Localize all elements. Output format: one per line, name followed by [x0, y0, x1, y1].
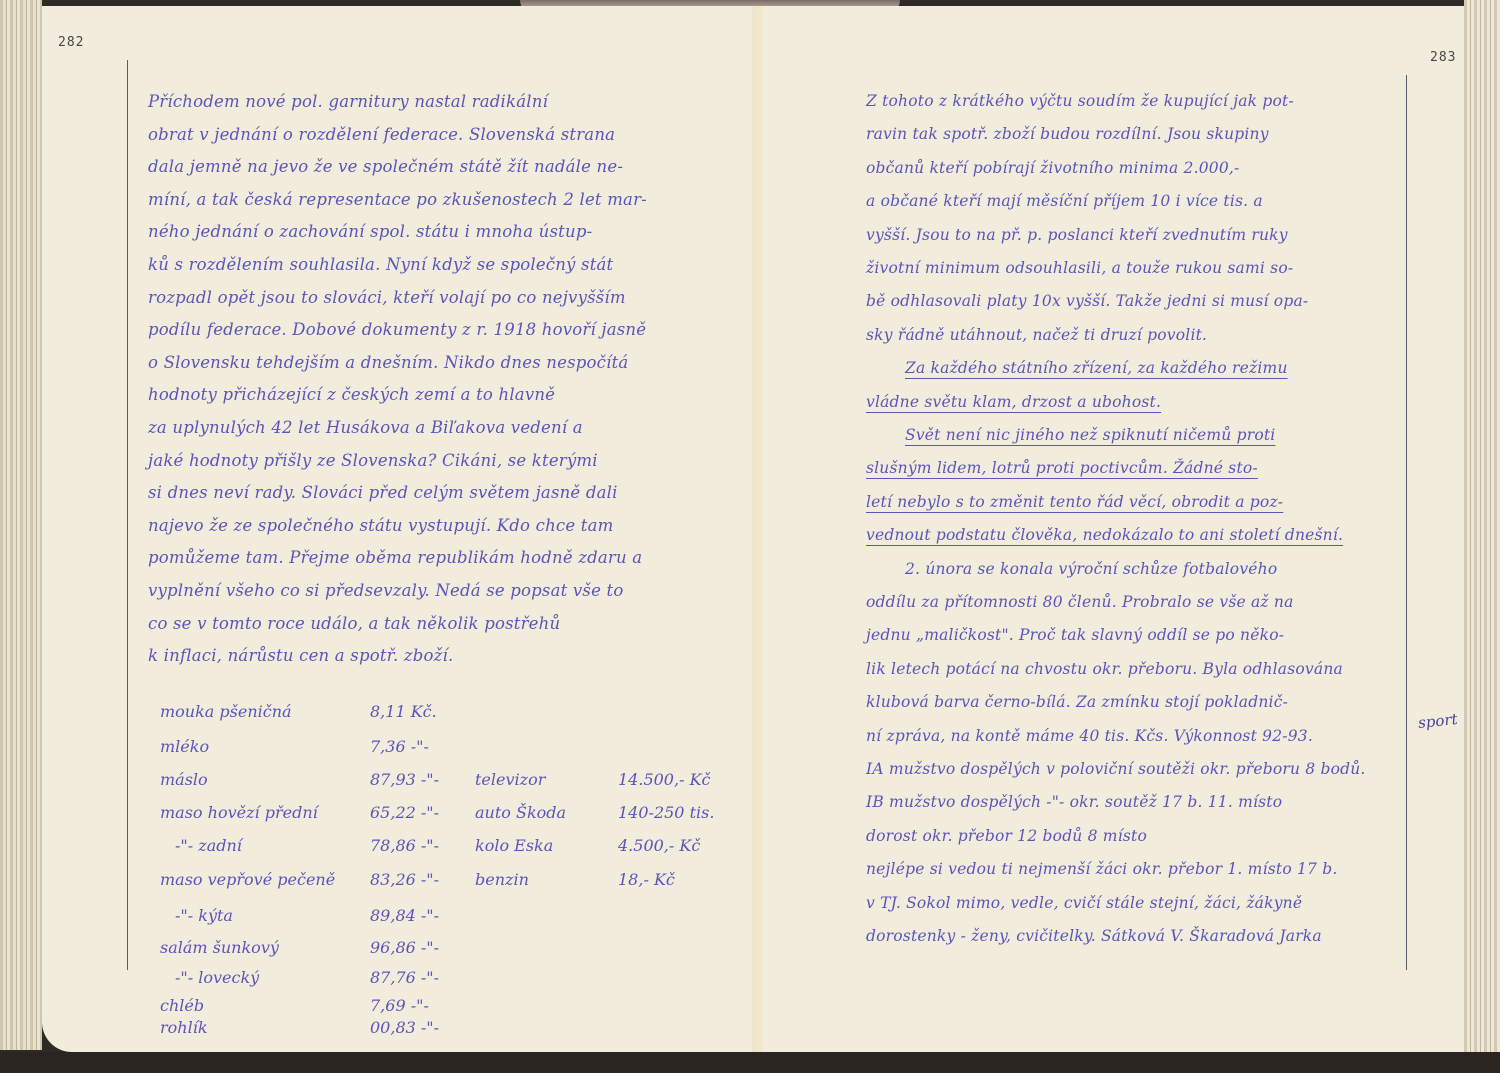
- price-item-name: mléko: [160, 737, 209, 756]
- price-item-value: 78,86 -"-: [370, 836, 439, 855]
- underlined-quote-line: Svět není nic jiného než spiknutí ničemů…: [905, 426, 1275, 444]
- goods-item-name: kolo Eska: [475, 836, 553, 855]
- handwritten-line: životní minimum odsouhlasili, a touže ru…: [866, 259, 1293, 277]
- goods-item-value: 140-250 tis.: [618, 803, 714, 822]
- price-item-value: 83,26 -"-: [370, 870, 439, 889]
- right-page-number: 283: [1430, 50, 1456, 65]
- goods-item-value: 14.500,- Kč: [618, 770, 710, 789]
- price-item-name: maso vepřové pečeně: [160, 870, 335, 889]
- price-item-value: 7,36 -"-: [370, 737, 429, 756]
- underlined-quote-line: vednout podstatu člověka, nedokázalo to …: [866, 526, 1343, 544]
- handwritten-line: vyšší. Jsou to na př. p. poslanci kteří …: [866, 226, 1288, 244]
- handwritten-line: IA mužstvo dospělých v poloviční soutěži…: [866, 760, 1366, 778]
- price-item-value: 7,69 -"-: [370, 996, 429, 1015]
- goods-item-name: auto Škoda: [475, 803, 566, 822]
- price-item-name: -"- zadní: [175, 836, 242, 855]
- handwritten-line: v TJ. Sokol mimo, vedle, cvičí stále ste…: [866, 894, 1302, 912]
- handwritten-line: Příchodem nové pol. garnitury nastal rad…: [148, 92, 548, 111]
- goods-item-value: 18,- Kč: [618, 870, 675, 889]
- handwritten-line: jaké hodnoty přišly ze Slovenska? Cikáni…: [148, 451, 598, 470]
- price-item-value: 87,76 -"-: [370, 968, 439, 987]
- handwritten-line: klubová barva černo-bílá. Za zmínku stoj…: [866, 693, 1288, 711]
- underlined-quote-line: Za každého státního zřízení, za každého …: [905, 359, 1288, 377]
- handwritten-line: co se v tomto roce událo, a tak několik …: [148, 614, 560, 633]
- handwritten-line: vyplnění všeho co si předsevzaly. Nedá s…: [148, 581, 623, 600]
- page-stack-left-edge: [0, 0, 42, 1050]
- handwritten-line: pomůžeme tam. Přejme oběma republikám ho…: [148, 548, 642, 567]
- table-surface: [0, 1052, 1500, 1073]
- price-item-name: rohlík: [160, 1018, 208, 1037]
- handwritten-line: dorostenky - ženy, cvičitelky. Sátková V…: [866, 927, 1322, 945]
- price-item-value: 89,84 -"-: [370, 906, 439, 925]
- price-item-name: máslo: [160, 770, 208, 789]
- handwritten-line: jednu „maličkost". Proč tak slavný oddíl…: [866, 626, 1284, 644]
- handwritten-line: ného jednání o zachování spol. státu i m…: [148, 222, 592, 241]
- handwritten-line: míní, a tak česká representace po zkušen…: [148, 190, 647, 209]
- price-item-name: maso hovězí přední: [160, 803, 318, 822]
- handwritten-line: najevo že ze společného státu vystupují.…: [148, 516, 613, 535]
- handwritten-line: podílu federace. Dobové dokumenty z r. 1…: [148, 320, 646, 339]
- handwritten-line: sky řádně utáhnout, načež ti druzí povol…: [866, 326, 1207, 344]
- handwritten-line: nejlépe si vedou ti nejmenší žáci okr. p…: [866, 860, 1337, 878]
- handwritten-line: ravin tak spotř. zboží budou rozdílní. J…: [866, 125, 1269, 143]
- handwritten-line: bě odhlasovali platy 10x vyšší. Takže je…: [866, 292, 1308, 310]
- left-page-number: 282: [58, 35, 84, 50]
- price-item-value: 8,11 Kč.: [370, 702, 437, 721]
- page-stack-right-edge: [1464, 0, 1500, 1060]
- price-item-name: -"- lovecký: [175, 968, 259, 987]
- goods-item-value: 4.500,- Kč: [618, 836, 700, 855]
- handwritten-line: obrat v jednání o rozdělení federace. Sl…: [148, 125, 615, 144]
- price-item-value: 87,93 -"-: [370, 770, 439, 789]
- handwritten-line: a občané kteří mají měsíční příjem 10 i …: [866, 192, 1263, 210]
- handwritten-line: ků s rozdělením souhlasila. Nyní když se…: [148, 255, 613, 274]
- price-item-value: 65,22 -"-: [370, 803, 439, 822]
- open-book-scan: 282 Příchodem nové pol. garnitury nastal…: [0, 0, 1500, 1073]
- handwritten-line: dorost okr. přebor 12 bodů 8 místo: [866, 827, 1147, 845]
- underlined-quote-line: slušným lidem, lotrů proti poctivcům. Žá…: [866, 459, 1258, 477]
- underlined-quote-line: vládne světu klam, drzost a ubohost.: [866, 393, 1161, 411]
- handwritten-line: lik letech potácí na chvostu okr. přebor…: [866, 660, 1343, 678]
- handwritten-line: oddílu za přítomnosti 80 členů. Probralo…: [866, 593, 1294, 611]
- handwritten-line: ní zpráva, na kontě máme 40 tis. Kčs. Vý…: [866, 727, 1313, 745]
- handwritten-line: rozpadl opět jsou to slováci, kteří vola…: [148, 288, 626, 307]
- price-item-name: -"- kýta: [175, 906, 233, 925]
- goods-item-name: benzin: [475, 870, 529, 889]
- handwritten-line: za uplynulých 42 let Husákova a Biľakova…: [148, 418, 583, 437]
- handwritten-line: občanů kteří pobírají životního minima 2…: [866, 159, 1239, 177]
- price-item-value: 96,86 -"-: [370, 938, 439, 957]
- price-item-name: salám šunkový: [160, 938, 279, 957]
- price-item-name: mouka pšeničná: [160, 702, 292, 721]
- price-item-value: 00,83 -"-: [370, 1018, 439, 1037]
- handwritten-line: dala jemně na jevo že ve společném státě…: [148, 157, 623, 176]
- left-margin-rule: [127, 60, 128, 970]
- handwritten-line: o Slovensku tehdejším a dnešním. Nikdo d…: [148, 353, 628, 372]
- handwritten-line: 2. února se konala výroční schůze fotbal…: [905, 560, 1277, 578]
- handwritten-line: k inflaci, nárůstu cen a spotř. zboží.: [148, 646, 453, 665]
- price-item-name: chléb: [160, 996, 204, 1015]
- handwritten-line: Z tohoto z krátkého výčtu soudím že kupu…: [866, 92, 1294, 110]
- goods-item-name: televizor: [475, 770, 545, 789]
- handwritten-line: IB mužstvo dospělých -"- okr. soutěž 17 …: [866, 793, 1282, 811]
- handwritten-line: si dnes neví rady. Slováci před celým sv…: [148, 483, 618, 502]
- right-margin-rule: [1406, 75, 1407, 970]
- handwritten-line: hodnoty přicházející z českých zemí a to…: [148, 385, 555, 404]
- underlined-quote-line: letí nebylo s to změnit tento řád věcí, …: [866, 493, 1283, 511]
